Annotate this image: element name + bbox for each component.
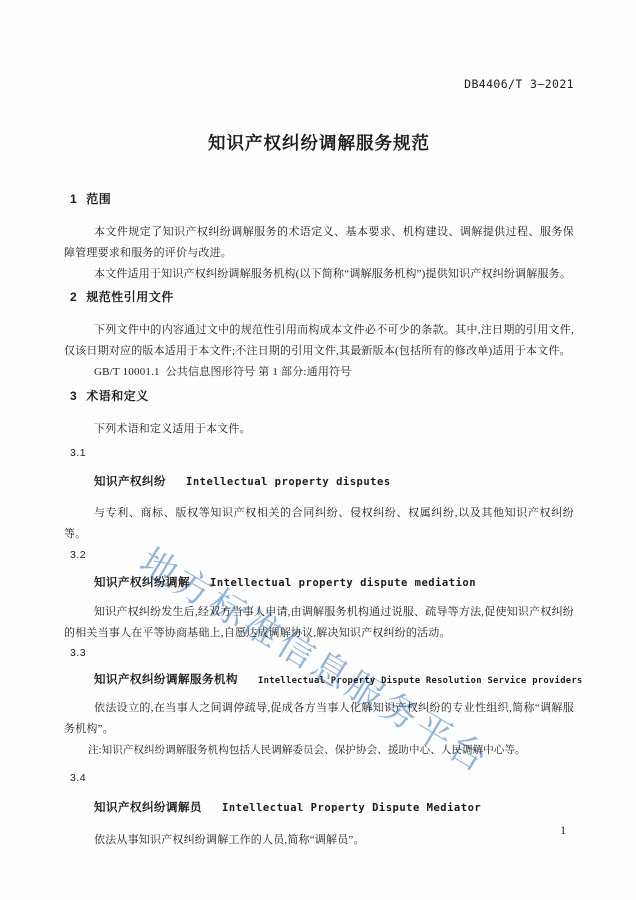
term-definition-3-1: 与专利、商标、版权等知识产权相关的合同纠纷、侵权纠纷、权属纠纷,以及其他知识产权… xyxy=(64,503,574,545)
standard-number: DB4406/T 3—2021 xyxy=(64,78,574,91)
section-heading-terms-definitions: 3 术语和定义 xyxy=(70,389,574,403)
page-number: 1 xyxy=(560,824,566,838)
term-definition-3-4: 依法从事知识产权纠纷调解工作的人员,简称“调解员”。 xyxy=(64,830,574,851)
section-number: 3 xyxy=(70,389,77,403)
section-number: 2 xyxy=(70,290,77,304)
section-title: 术语和定义 xyxy=(86,389,149,403)
term-english: Intellectual property dispute mediation xyxy=(210,577,476,589)
term-chinese: 知识产权纠纷调解员 xyxy=(94,802,202,814)
section-heading-scope: 1 范围 xyxy=(70,192,574,206)
clause-number-3-4: 3.4 xyxy=(70,772,574,785)
clause-number-3-2: 3.2 xyxy=(70,549,574,562)
term-chinese: 知识产权纠纷调解 xyxy=(94,577,190,589)
term-chinese: 知识产权纠纷调解服务机构 xyxy=(94,674,238,686)
term-definition-3-3: 依法设立的,在当事人之间调停疏导,促成各方当事人化解知识产权纠纷的专业性组织,简… xyxy=(64,698,574,740)
section-heading-normative-references: 2 规范性引用文件 xyxy=(70,290,574,304)
term-english: Intellectual property disputes xyxy=(186,476,391,488)
clause-number-3-1: 3.1 xyxy=(70,447,574,460)
scope-paragraph-2: 本文件适用于知识产权纠纷调解服务机构(以下简称“调解服务机构”)提供知识产权纠纷… xyxy=(64,264,574,285)
term-3-2: 知识产权纠纷调解 Intellectual property dispute m… xyxy=(94,574,574,591)
normative-references-paragraph: 下列文件中的内容通过文中的规范性引用而构成本文件必不可少的条款。其中,注日期的引… xyxy=(64,320,574,362)
section-title: 规范性引用文件 xyxy=(86,290,174,304)
term-definition-3-2: 知识产权纠纷发生后,经双方当事人申请,由调解服务机构通过说服、疏导等方法,促使知… xyxy=(64,602,574,644)
term-note-3-3: 注:知识产权纠纷调解服务机构包括人民调解委员会、保护协会、援助中心、人民调解中心… xyxy=(88,743,574,759)
document-title: 知识产权纠纷调解服务规范 xyxy=(64,131,574,155)
term-chinese: 知识产权纠纷 xyxy=(94,476,166,488)
section-title: 范围 xyxy=(86,192,111,206)
term-3-4: 知识产权纠纷调解员 Intellectual Property Dispute … xyxy=(94,799,574,816)
section-number: 1 xyxy=(70,192,77,206)
term-3-1: 知识产权纠纷 Intellectual property disputes xyxy=(94,473,574,490)
clause-number-3-3: 3.3 xyxy=(70,647,574,660)
page-content: DB4406/T 3—2021 知识产权纠纷调解服务规范 1 范围 本文件规定了… xyxy=(0,0,636,851)
term-english: Intellectual Property Dispute Resolution… xyxy=(258,676,583,686)
referenced-standard: GB/T 10001.1 公共信息图形符号 第 1 部分:通用符号 xyxy=(64,362,574,383)
term-3-3: 知识产权纠纷调解服务机构 Intellectual Property Dispu… xyxy=(94,671,574,689)
term-english: Intellectual Property Dispute Mediator xyxy=(222,802,481,814)
terms-intro: 下列术语和定义适用于本文件。 xyxy=(64,419,574,440)
document-page: 地方标准信息服务平台 DB4406/T 3—2021 知识产权纠纷调解服务规范 … xyxy=(0,0,636,900)
scope-paragraph-1: 本文件规定了知识产权纠纷调解服务的术语定义、基本要求、机构建设、调解提供过程、服… xyxy=(64,222,574,264)
